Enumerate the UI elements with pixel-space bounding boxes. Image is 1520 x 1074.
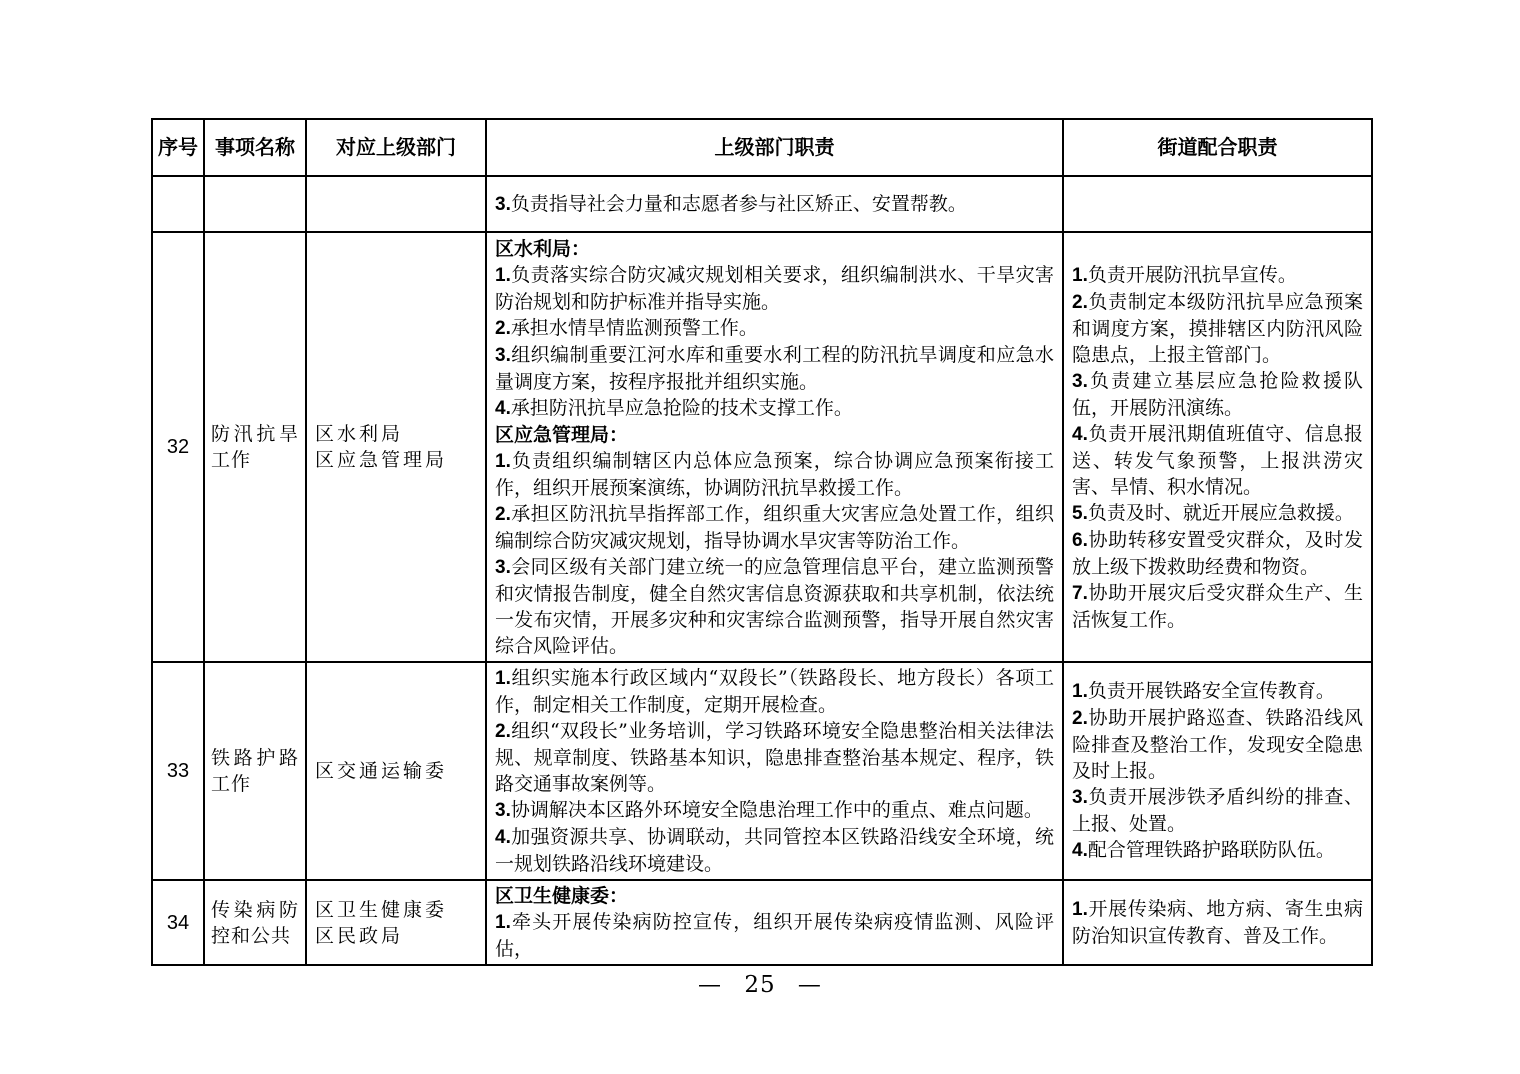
column-header-superior-department: 对应上级部门: [306, 119, 486, 176]
seq-cell: 32: [152, 232, 204, 662]
table-row: 3.负责指导社会力量和志愿者参与社区矫正、安置帮教。: [152, 176, 1372, 232]
duty-item-number: 4.: [495, 827, 511, 848]
duty-item: 7.协助开展灾后受灾群众生产、生活恢复工作。: [1072, 580, 1363, 633]
duty-item-number: 5.: [1072, 503, 1088, 524]
duty-item: 4.负责开展汛期值班值守、信息报送、转发气象预警，上报洪涝灾害、旱情、积水情况。: [1072, 421, 1363, 500]
duty-item: 1.负责落实综合防灾减灾规划相关要求，组织编制洪水、干旱灾害防治规划和防护标准并…: [495, 262, 1054, 315]
superior-duties-cell: 1.组织实施本行政区域内“双段长”（铁路段长、地方段长）各项工作，制定相关工作制…: [486, 662, 1063, 880]
duty-item-number: 1.: [1072, 265, 1088, 286]
duty-section-heading: 区水利局：: [495, 236, 1054, 262]
duty-item-number: 3.: [495, 345, 511, 366]
duty-item-number: 3.: [495, 194, 511, 215]
superior-duties-cell: 3.负责指导社会力量和志愿者参与社区矫正、安置帮教。: [486, 176, 1063, 232]
duty-item: 3.负责建立基层应急抢险救援队伍，开展防汛演练。: [1072, 368, 1363, 421]
duty-item-number: 3.: [1072, 371, 1088, 392]
duty-item-number: 1.: [495, 668, 511, 689]
duty-item-number: 2.: [495, 504, 511, 525]
duty-item-number: 3.: [495, 800, 511, 821]
department-cell: 区水利局区应急管理局: [306, 232, 486, 662]
duty-item: 6.协助转移安置受灾群众，及时发放上级下拨救助经费和物资。: [1072, 527, 1363, 580]
department-name: 区交通运输委: [315, 758, 477, 784]
duty-item-number: 1.: [1072, 681, 1088, 702]
duty-item-number: 1.: [1072, 899, 1088, 920]
department-name: 区水利局: [315, 421, 477, 447]
duty-item-number: 2.: [1072, 292, 1088, 313]
street-duties-cell: 1.开展传染病、地方病、寄生虫病防治知识宣传教育、普及工作。: [1063, 880, 1372, 965]
duty-item-number: 4.: [1072, 840, 1088, 861]
department-name: 区民政局: [315, 923, 477, 949]
duty-item: 3.负责开展涉铁矛盾纠纷的排查、上报、处置。: [1072, 784, 1363, 837]
duty-item-number: 1.: [495, 912, 511, 933]
duty-item-number: 4.: [495, 398, 511, 419]
duty-item-number: 2.: [495, 721, 511, 742]
department-cell: 区交通运输委: [306, 662, 486, 880]
duty-item: 5.负责及时、就近开展应急救援。: [1072, 500, 1363, 527]
column-header-street-duties: 街道配合职责: [1063, 119, 1372, 176]
responsibility-table: 序号事项名称对应上级部门上级部门职责街道配合职责 3.负责指导社会力量和志愿者参…: [151, 118, 1373, 966]
duty-item: 1.负责开展铁路安全宣传教育。: [1072, 678, 1363, 705]
duty-item: 2.协助开展护路巡查、铁路沿线风险排查及整治工作，发现安全隐患及时上报。: [1072, 705, 1363, 784]
duty-item: 1.组织实施本行政区域内“双段长”（铁路段长、地方段长）各项工作，制定相关工作制…: [495, 665, 1054, 718]
table-row: 34传染病防控和公共区卫生健康委区民政局区卫生健康委：1.牵头开展传染病防控宣传…: [152, 880, 1372, 965]
duty-item: 2.组织“双段长”业务培训，学习铁路环境安全隐患整治相关法律法规、规章制度、铁路…: [495, 718, 1054, 797]
seq-cell: 33: [152, 662, 204, 880]
duty-section-heading: 区卫生健康委：: [495, 883, 1054, 909]
duty-item: 1.牵头开展传染病防控宣传，组织开展传染病疫情监测、风险评估，: [495, 909, 1054, 962]
table-header-row: 序号事项名称对应上级部门上级部门职责街道配合职责: [152, 119, 1372, 176]
seq-cell: [152, 176, 204, 232]
street-duties-cell: 1.负责开展防汛抗旱宣传。2.负责制定本级防汛抗旱应急预案和调度方案，摸排辖区内…: [1063, 232, 1372, 662]
duty-item: 4.承担防汛抗旱应急抢险的技术支撑工作。: [495, 395, 1054, 422]
item-name-cell: 传染病防控和公共: [204, 880, 306, 965]
superior-duties-cell: 区水利局：1.负责落实综合防灾减灾规划相关要求，组织编制洪水、干旱灾害防治规划和…: [486, 232, 1063, 662]
department-name: 区应急管理局: [315, 447, 477, 473]
duty-item-number: 2.: [1072, 708, 1088, 729]
street-duties-cell: [1063, 176, 1372, 232]
duty-item: 1.负责开展防汛抗旱宣传。: [1072, 262, 1363, 289]
duty-item-number: 7.: [1072, 583, 1088, 604]
duty-item: 4.配合管理铁路护路联防队伍。: [1072, 837, 1363, 864]
duty-item: 4.加强资源共享、协调联动，共同管控本区铁路沿线安全环境，统一规划铁路沿线环境建…: [495, 824, 1054, 877]
duty-item: 1.负责组织编制辖区内总体应急预案，综合协调应急预案衔接工作，组织开展预案演练，…: [495, 448, 1054, 501]
department-name: 区卫生健康委: [315, 897, 477, 923]
duty-item-number: 1.: [495, 451, 511, 472]
duty-item: 3.负责指导社会力量和志愿者参与社区矫正、安置帮教。: [495, 191, 1054, 218]
department-cell: 区卫生健康委区民政局: [306, 880, 486, 965]
duty-item-number: 2.: [495, 318, 511, 339]
item-name-cell: 铁路护路工作: [204, 662, 306, 880]
item-name-cell: [204, 176, 306, 232]
column-header-seq: 序号: [152, 119, 204, 176]
department-cell: [306, 176, 486, 232]
duty-item-number: 1.: [495, 265, 511, 286]
item-name-cell: 防汛抗旱工作: [204, 232, 306, 662]
duty-section-heading: 区应急管理局：: [495, 422, 1054, 448]
duty-item-number: 4.: [1072, 424, 1088, 445]
duty-item: 2.承担区防汛抗旱指挥部工作，组织重大灾害应急处置工作，组织编制综合防灾减灾规划…: [495, 501, 1054, 554]
street-duties-cell: 1.负责开展铁路安全宣传教育。2.协助开展护路巡查、铁路沿线风险排查及整治工作，…: [1063, 662, 1372, 880]
duty-item: 2.承担水情旱情监测预警工作。: [495, 315, 1054, 342]
table-row: 33铁路护路工作区交通运输委1.组织实施本行政区域内“双段长”（铁路段长、地方段…: [152, 662, 1372, 880]
duty-item-number: 3.: [1072, 787, 1088, 808]
page-number: — 25 —: [0, 972, 1520, 998]
document-page: 序号事项名称对应上级部门上级部门职责街道配合职责 3.负责指导社会力量和志愿者参…: [0, 0, 1520, 1074]
duty-item: 3.组织编制重要江河水库和重要水利工程的防汛抗旱调度和应急水量调度方案，按程序报…: [495, 342, 1054, 395]
column-header-item-name: 事项名称: [204, 119, 306, 176]
duty-item: 1.开展传染病、地方病、寄生虫病防治知识宣传教育、普及工作。: [1072, 896, 1363, 949]
duty-item-number: 6.: [1072, 530, 1088, 551]
superior-duties-cell: 区卫生健康委：1.牵头开展传染病防控宣传，组织开展传染病疫情监测、风险评估，: [486, 880, 1063, 965]
duty-item: 3.会同区级有关部门建立统一的应急管理信息平台，建立监测预警和灾情报告制度，健全…: [495, 554, 1054, 659]
table-body: 3.负责指导社会力量和志愿者参与社区矫正、安置帮教。32防汛抗旱工作区水利局区应…: [152, 176, 1372, 965]
seq-cell: 34: [152, 880, 204, 965]
duty-item: 3.协调解决本区路外环境安全隐患治理工作中的重点、难点问题。: [495, 797, 1054, 824]
table-row: 32防汛抗旱工作区水利局区应急管理局区水利局：1.负责落实综合防灾减灾规划相关要…: [152, 232, 1372, 662]
duty-item-number: 3.: [495, 557, 511, 578]
column-header-superior-duties: 上级部门职责: [486, 119, 1063, 176]
duty-item: 2.负责制定本级防汛抗旱应急预案和调度方案，摸排辖区内防汛风险隐患点，上报主管部…: [1072, 289, 1363, 368]
